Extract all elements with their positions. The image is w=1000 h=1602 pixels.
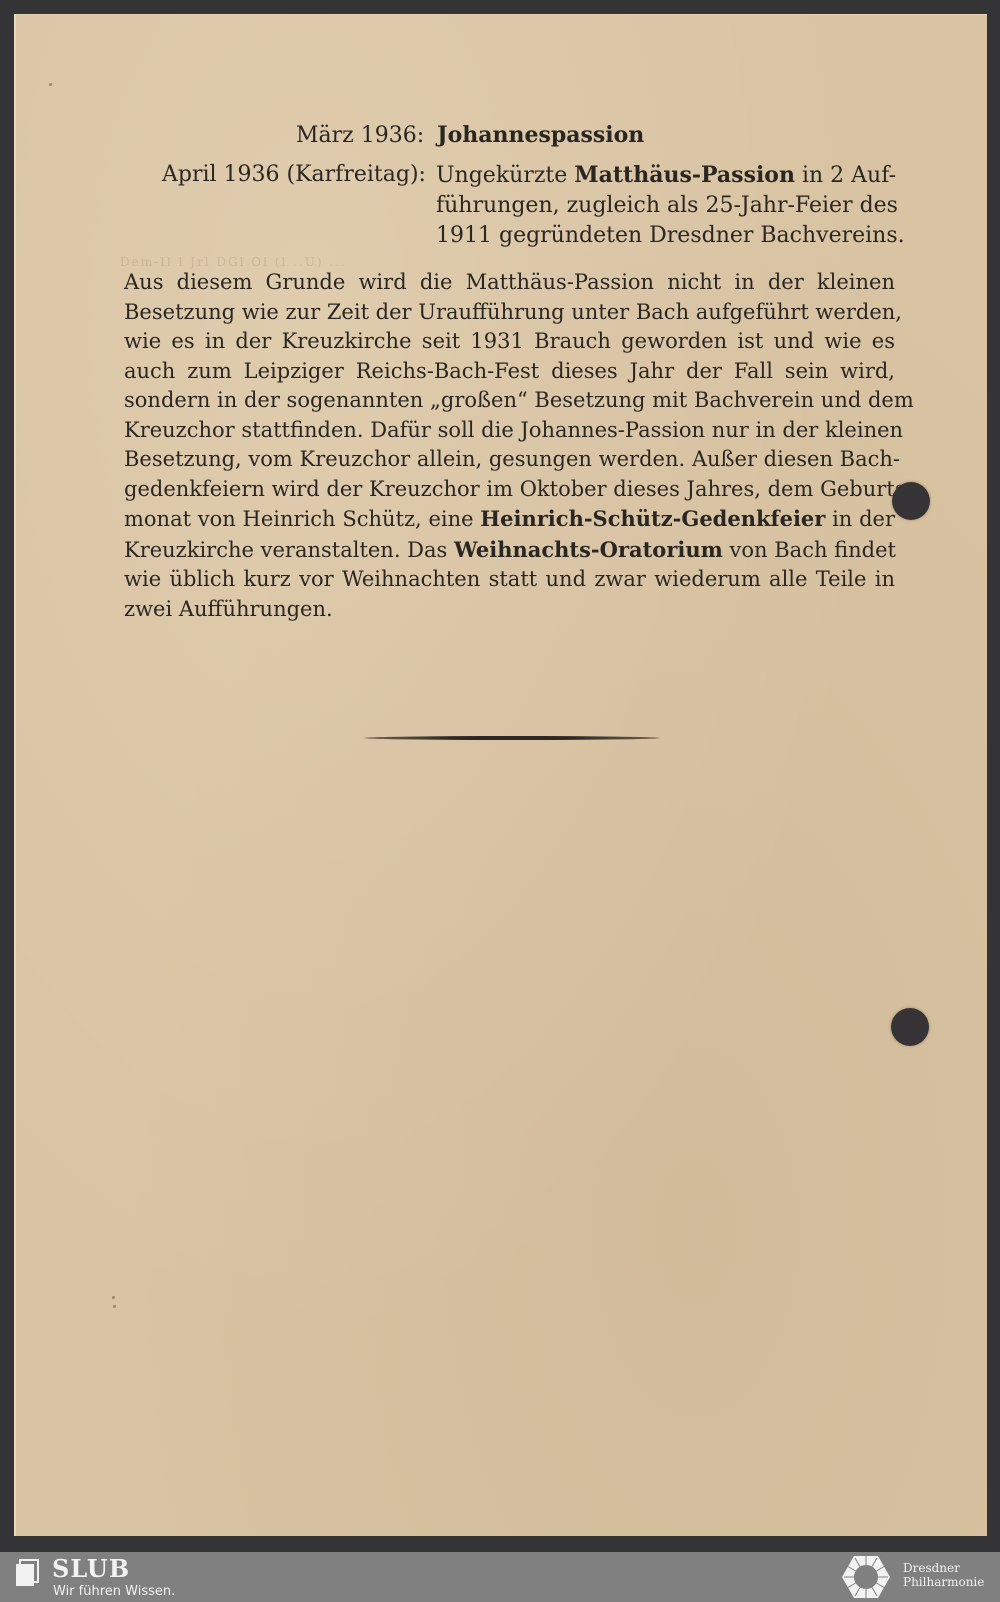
paper-speck xyxy=(112,1296,115,1299)
text-span: in 2 Auf- xyxy=(795,163,896,188)
slub-brand: SLUB xyxy=(52,1554,130,1583)
text-span: Ungekürzte xyxy=(436,163,574,188)
paragraph-line: zwei Aufführungen. xyxy=(124,595,895,625)
punch-hole xyxy=(892,482,930,520)
philharmonie-line1: Dresdner xyxy=(903,1561,984,1575)
body-paragraph: Aus diesem Grunde wird die Matthäus-Pass… xyxy=(124,268,895,624)
bold-title-weihnachts: Weihnachts-Oratorium xyxy=(454,537,723,562)
paper-speck xyxy=(113,1305,116,1308)
punch-hole xyxy=(891,1008,929,1046)
text-span: von Bach findet xyxy=(723,538,896,562)
slub-tagline: Wir führen Wissen. xyxy=(53,1584,175,1599)
show-through-text: Dem-Il l Jrl DGl Ol (l ..U) ... xyxy=(120,255,347,269)
paragraph-line: monat von Heinrich Schütz, eine Heinrich… xyxy=(124,504,895,535)
heading-maerz: März 1936: Johannespassion xyxy=(296,120,644,151)
slub-book-icon xyxy=(14,1558,42,1588)
text-span: Kreuzkirche veranstalten. Das xyxy=(124,538,454,562)
separator-rule xyxy=(364,736,660,740)
paragraph-line: Kreuzchor stattfinden. Dafür soll die Jo… xyxy=(124,416,895,446)
heading-maerz-title: Johannespassion xyxy=(437,122,644,148)
philharmonie-sun-icon xyxy=(841,1553,891,1601)
paragraph-line: Besetzung, vom Kreuzchor allein, gesunge… xyxy=(124,445,895,475)
heading-april-line: 1911 gegründeten Dresdner Bachvereins. xyxy=(436,221,894,251)
paragraph-line: Besetzung wie zur Zeit der Uraufführung … xyxy=(124,298,895,328)
paragraph-line: sondern in der sogenannten „großen“ Bese… xyxy=(124,386,895,416)
philharmonie-line2: Philharmonie xyxy=(903,1575,984,1589)
philharmonie-brand: Dresdner Philharmonie xyxy=(903,1561,984,1589)
heading-april-label: April 1936 (Karfreitag): xyxy=(162,160,426,190)
bold-title-matthaeus: Matthäus-Passion xyxy=(574,162,795,188)
text-span: in der xyxy=(825,507,895,531)
bold-title-schuetz: Heinrich-Schütz-Gedenkfeier xyxy=(480,506,825,531)
heading-april-line: führungen, zugleich als 25-Jahr-Feier de… xyxy=(436,191,894,221)
paragraph-line: wie es in der Kreuzkirche seit 1931 Brau… xyxy=(124,327,895,357)
paragraph-line: auch zum Leipziger Reichs-Bach-Fest dies… xyxy=(124,357,895,387)
heading-maerz-date: März 1936: xyxy=(296,123,424,148)
paragraph-line: Aus diesem Grunde wird die Matthäus-Pass… xyxy=(124,268,895,298)
paper-speck xyxy=(49,83,52,86)
footer-bar: SLUB Wir führen Wissen. Dresdner P xyxy=(0,1552,1000,1602)
heading-april-line: Ungekürzte Matthäus-Passion in 2 Auf- xyxy=(436,160,894,191)
paragraph-line: Kreuzkirche veranstalten. Das Weihnachts… xyxy=(124,535,895,566)
paragraph-line: gedenkfeiern wird der Kreuzchor im Oktob… xyxy=(124,475,895,505)
heading-april-text: Ungekürzte Matthäus-Passion in 2 Auf- fü… xyxy=(436,160,894,251)
text-span: monat von Heinrich Schütz, eine xyxy=(124,507,480,531)
paragraph-line: wie üblich kurz vor Weihnachten statt un… xyxy=(124,565,895,595)
document-page: März 1936: Johannespassion April 1936 (K… xyxy=(14,14,987,1536)
